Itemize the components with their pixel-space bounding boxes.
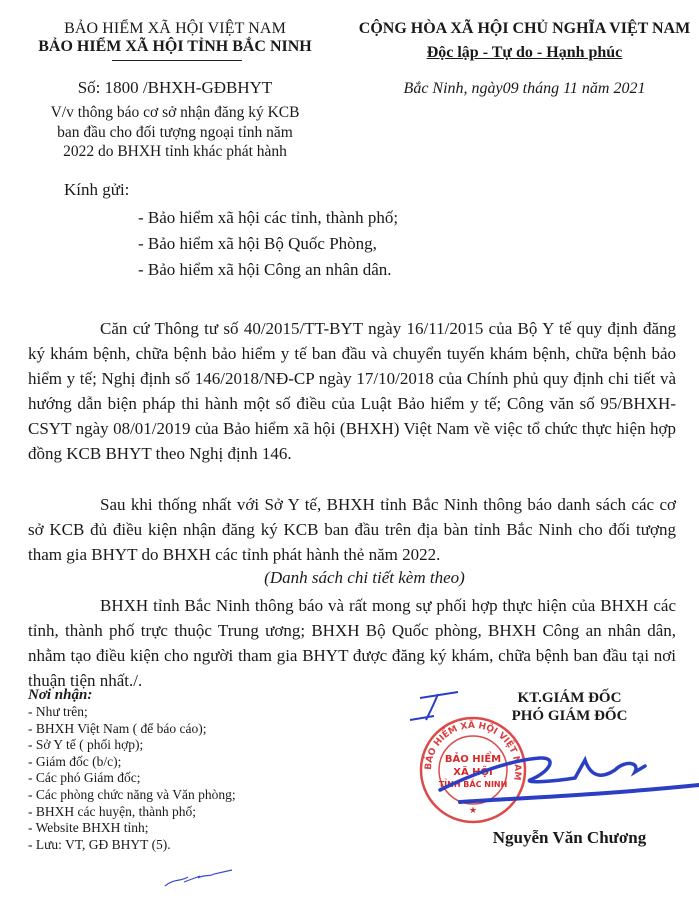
org-divider <box>112 60 242 61</box>
signer-name: Nguyễn Văn Chương <box>440 828 699 848</box>
distribution-title: Nơi nhận: <box>28 687 92 704</box>
distribution-item: - Website BHXH tỉnh; <box>28 820 236 837</box>
org-parent-name: BẢO HIỂM XÃ HỘI VIỆT NAM <box>0 20 350 38</box>
distribution-item: - Các phó Giám đốc; <box>28 770 236 787</box>
distribution-item: - Các phòng chức năng và Văn phòng; <box>28 787 236 804</box>
distribution-item: - Sở Y tế ( phối hợp); <box>28 737 236 754</box>
subject-line: 2022 do BHXH tỉnh khác phát hành <box>0 142 350 162</box>
handwritten-signature-icon <box>400 690 699 830</box>
distribution-item: - Giám đốc (b/c); <box>28 754 236 771</box>
recipient-item: - Bảo hiểm xã hội Bộ Quốc Phòng, <box>138 231 398 257</box>
org-name: BẢO HIỂM XÃ HỘI TỈNH BẮC NINH <box>0 38 350 56</box>
recipient-item: - Bảo hiểm xã hội Công an nhân dân. <box>138 257 398 283</box>
document-subject: V/v thông báo cơ sở nhận đăng ký KCB ban… <box>0 103 350 162</box>
nation-title: CỘNG HÒA XÃ HỘI CHỦ NGHĨA VIỆT NAM <box>350 20 699 38</box>
distribution-item: - Như trên; <box>28 704 236 721</box>
recipient-item: - Bảo hiểm xã hội các tỉnh, thành phố; <box>138 205 398 231</box>
subject-line: ban đầu cho đối tượng ngoại tỉnh năm <box>0 123 350 143</box>
document-number: Số: 1800 /BHXH-GĐBHYT <box>0 78 350 98</box>
body-paragraph-3: BHXH tỉnh Bắc Ninh thông báo và rất mong… <box>28 593 676 693</box>
salutation-label: Kính gửi: <box>64 180 129 200</box>
attachment-note: (Danh sách chi tiết kèm theo) <box>0 568 699 588</box>
body-paragraph-2: Sau khi thống nhất với Sở Y tế, BHXH tỉn… <box>28 492 676 567</box>
distribution-list: - Như trên; - BHXH Việt Nam ( để báo cáo… <box>28 704 236 853</box>
distribution-item: - Lưu: VT, GĐ BHYT (5). <box>28 837 236 854</box>
recipient-list: - Bảo hiểm xã hội các tỉnh, thành phố; -… <box>138 205 398 283</box>
initials-mark-icon <box>160 868 235 890</box>
date-line: Bắc Ninh, ngày09 tháng 11 năm 2021 <box>350 80 699 98</box>
national-motto: Độc lập - Tự do - Hạnh phúc <box>350 44 699 62</box>
subject-line: V/v thông báo cơ sở nhận đăng ký KCB <box>0 103 350 123</box>
distribution-item: - BHXH các huyện, thành phố; <box>28 804 236 821</box>
body-paragraph-1: Căn cứ Thông tư số 40/2015/TT-BYT ngày 1… <box>28 316 676 466</box>
distribution-item: - BHXH Việt Nam ( để báo cáo); <box>28 721 236 738</box>
